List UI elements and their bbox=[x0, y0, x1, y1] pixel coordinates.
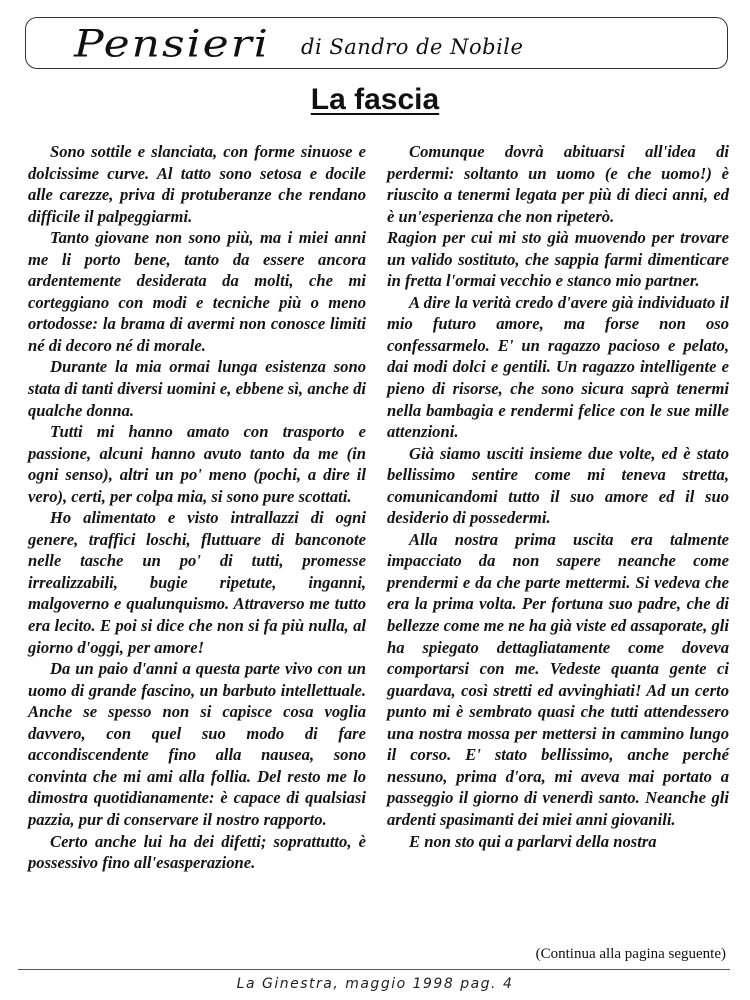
paragraph: Tutti mi hanno amato con trasporto e pas… bbox=[28, 421, 366, 507]
footer-divider bbox=[18, 969, 730, 970]
continuation-note: (Continua alla pagina seguente) bbox=[536, 945, 726, 963]
paragraph: Già siamo usciti insieme due volte, ed è… bbox=[387, 443, 729, 529]
paragraph: Ragion per cui mi sto già muovendo per t… bbox=[387, 227, 729, 292]
paragraph: Certo anche lui ha dei difetti; soprattu… bbox=[28, 831, 366, 874]
article-title: La fascia bbox=[311, 83, 439, 116]
column-header-box: Pensieri di Sandro de Nobile bbox=[25, 17, 728, 69]
paragraph: Alla nostra prima uscita era talmente im… bbox=[387, 529, 729, 831]
footer-publication-info: La Ginestra, maggio 1998 pag. 4 bbox=[0, 976, 750, 992]
paragraph: Da un paio d'anni a questa parte vivo co… bbox=[28, 658, 366, 830]
paragraph: Comunque dovrà abituarsi all'idea di per… bbox=[387, 141, 729, 227]
paragraph: A dire la verità credo d'avere già indiv… bbox=[387, 292, 729, 443]
left-column: Sono sottile e slanciata, con forme sinu… bbox=[28, 141, 366, 874]
article-title-wrap: La fascia bbox=[0, 82, 750, 118]
paragraph: Sono sottile e slanciata, con forme sinu… bbox=[28, 141, 366, 227]
paragraph: Durante la mia ormai lunga esistenza son… bbox=[28, 356, 366, 421]
author-byline: di Sandro de Nobile bbox=[301, 35, 523, 59]
paragraph: Ho alimentato e visto intrallazzi di ogn… bbox=[28, 507, 366, 658]
column-name: Pensieri bbox=[74, 26, 270, 63]
paragraph: Tanto giovane non sono più, ma i miei an… bbox=[28, 227, 366, 356]
paragraph: E non sto qui a parlarvi della nostra bbox=[387, 831, 729, 853]
right-column: Comunque dovrà abituarsi all'idea di per… bbox=[387, 141, 729, 852]
